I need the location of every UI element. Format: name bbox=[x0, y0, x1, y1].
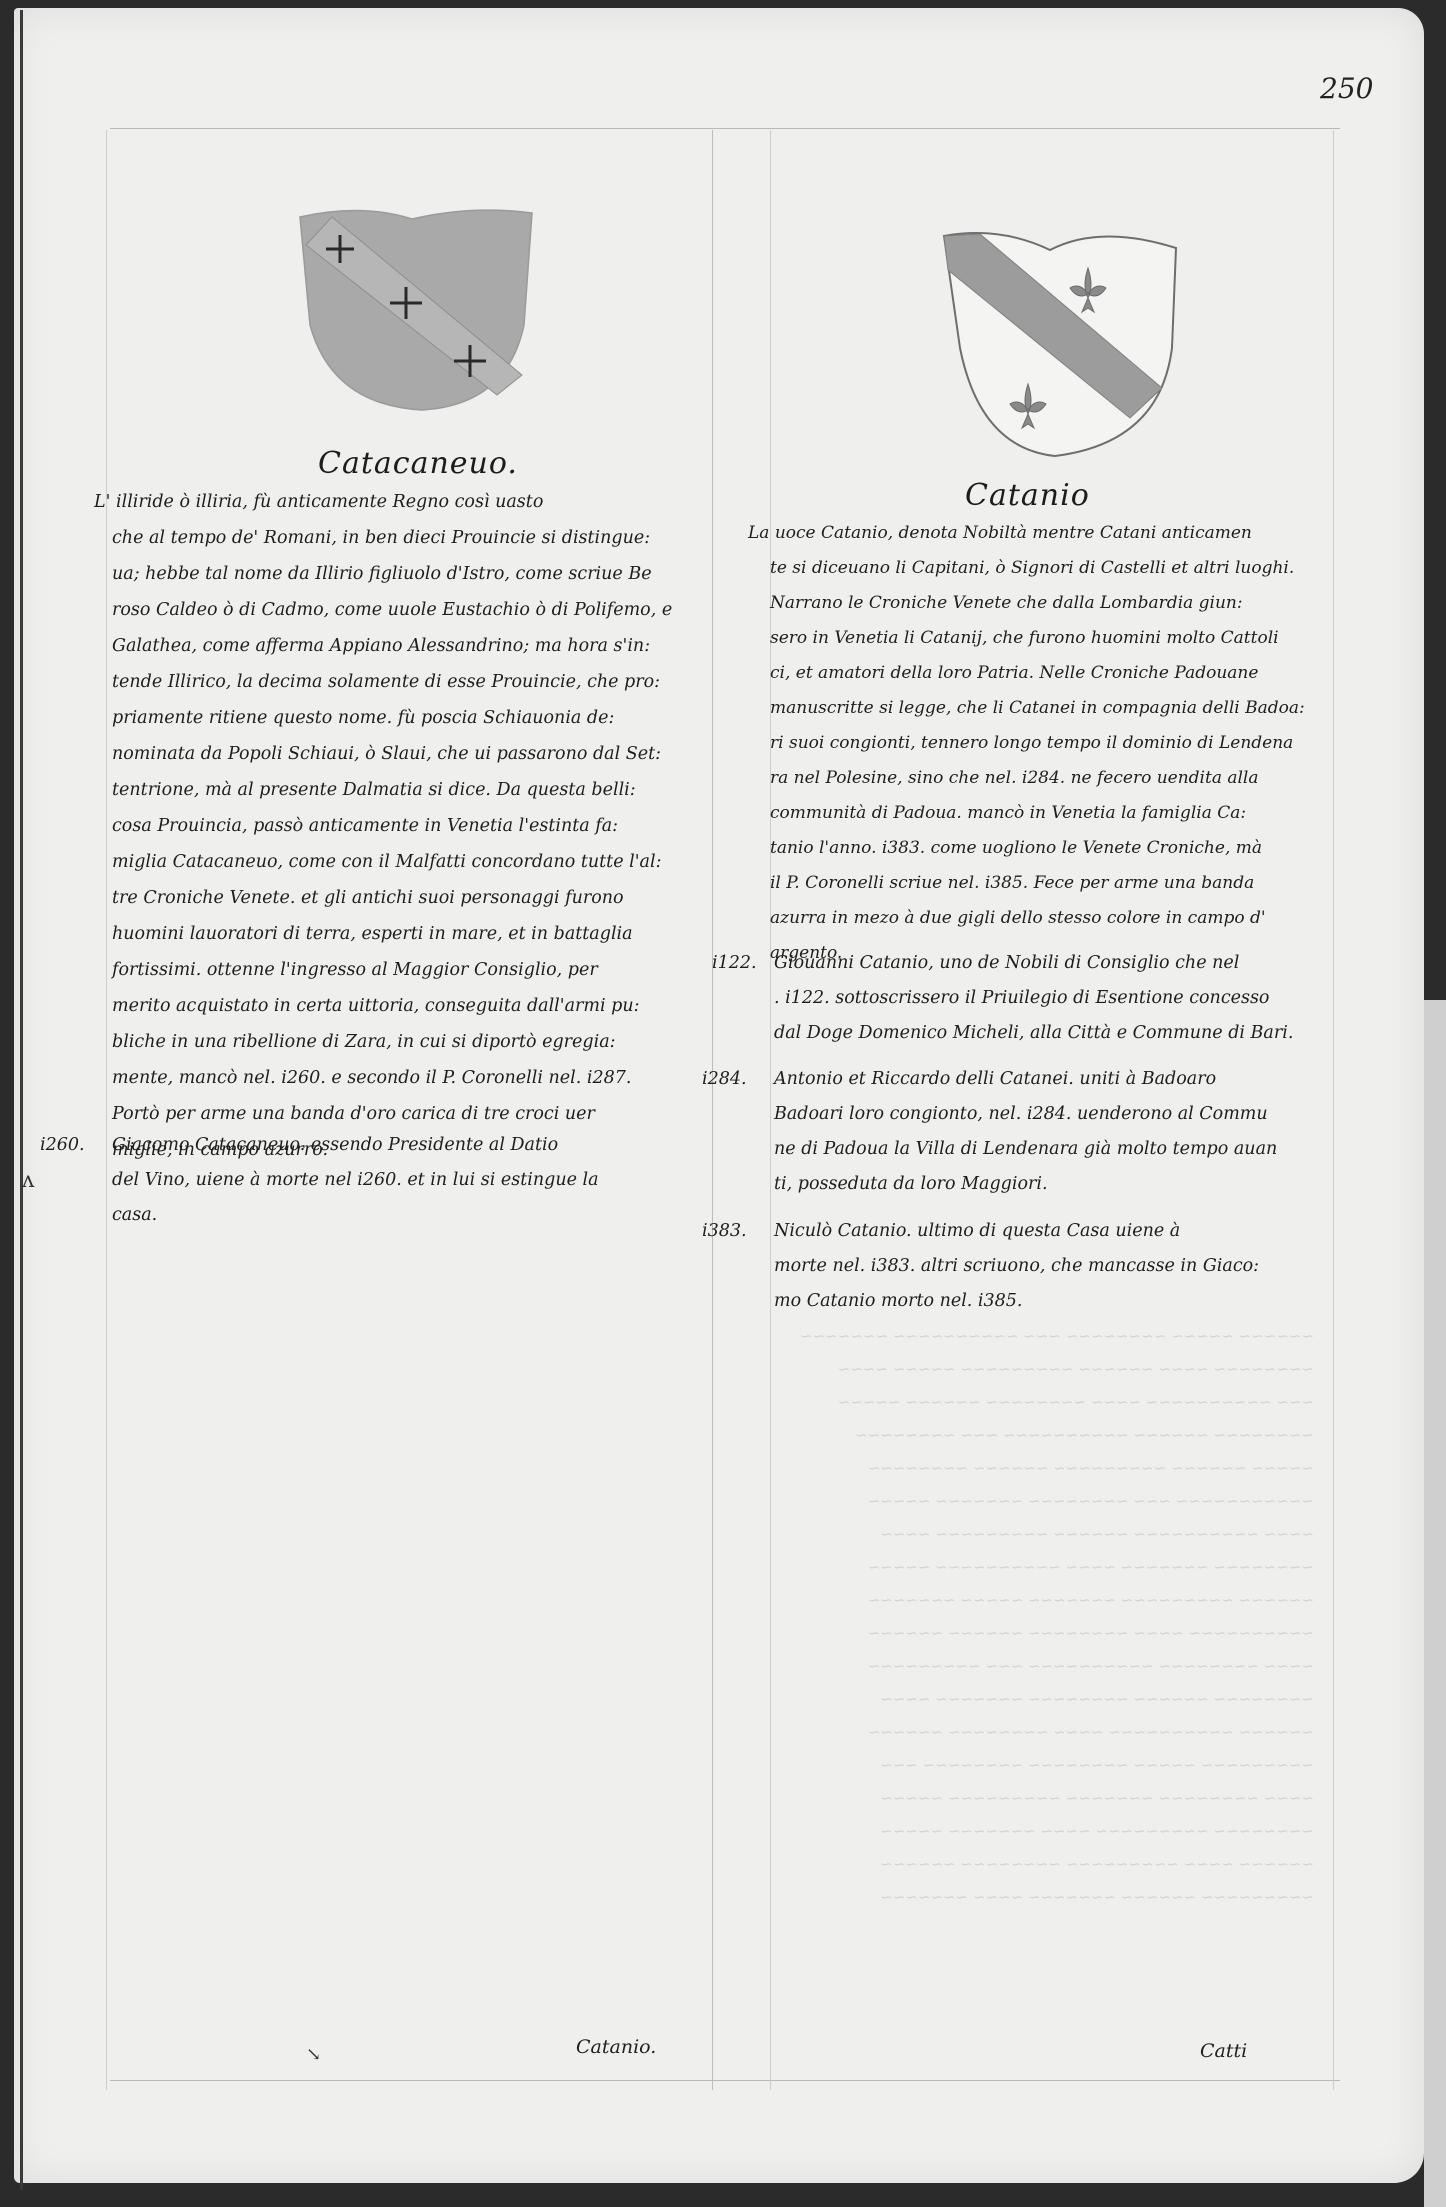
bleed-through-text: ~~~~~~ ~~~~~ ~~~~~~~~ ~~~ ~~~~~~~~~~ ~~~… bbox=[800, 1320, 1314, 1914]
text-line: communità di Padoua. mancò in Venetia la… bbox=[748, 796, 1305, 831]
catchword-left: Catanio. bbox=[576, 2036, 656, 2058]
text-line: sero in Venetia li Catanij, che furono h… bbox=[748, 621, 1305, 656]
text-line: priamente ritiene questo nome. fù poscia… bbox=[94, 700, 672, 736]
entry-line: morte nel. i383. altri scriuono, che man… bbox=[774, 1249, 1259, 1284]
coat-of-arms-catacaneuo bbox=[292, 205, 537, 415]
entry-line: Niculò Catanio. ultimo di questa Casa ui… bbox=[774, 1214, 1259, 1249]
text-line: L' illiride ò illiria, fù anticamente Re… bbox=[94, 484, 672, 520]
binding-edge bbox=[20, 10, 23, 2190]
entry-line: Giouanni Catanio, uno de Nobili di Consi… bbox=[774, 946, 1293, 981]
entry-line: Giacomo Catacaneuo. essendo Presidente a… bbox=[112, 1128, 599, 1163]
folio-number: 250 bbox=[1320, 72, 1373, 105]
entry-giovanni-catanio: i122. Giouanni Catanio, uno de Nobili di… bbox=[712, 946, 1352, 1056]
entry-year: i122. bbox=[712, 946, 757, 981]
scan-right-edge bbox=[1424, 1000, 1446, 2207]
text-line: tende Illirico, la decima solamente di e… bbox=[94, 664, 672, 700]
entry-line: Antonio et Riccardo delli Catanei. uniti… bbox=[774, 1062, 1277, 1097]
text-line: mente, mancò nel. i260. e secondo il P. … bbox=[94, 1060, 672, 1096]
bottom-ruled-line bbox=[110, 2080, 1340, 2081]
entry-year: i260. bbox=[40, 1128, 85, 1163]
entry-line: casa. bbox=[112, 1198, 599, 1233]
text-line: Galathea, come afferma Appiano Alessandr… bbox=[94, 628, 672, 664]
text-line: bliche in una ribellione di Zara, in cui… bbox=[94, 1024, 672, 1060]
text-line: fortissimi. ottenne l'ingresso al Maggio… bbox=[94, 952, 672, 988]
text-line: Portò per arme una banda d'oro carica di… bbox=[94, 1096, 672, 1132]
entry-year: i284. bbox=[702, 1062, 747, 1097]
text-line: ua; hebbe tal nome da Illirio figliuolo … bbox=[94, 556, 672, 592]
description-catacaneuo: L' illiride ò illiria, fù anticamente Re… bbox=[94, 484, 672, 1168]
text-line: tentrione, mà al presente Dalmatia si di… bbox=[94, 772, 672, 808]
entry-line: ti, posseduta da loro Maggiori. bbox=[774, 1167, 1277, 1202]
text-line: tre Croniche Venete. et gli antichi suoi… bbox=[94, 880, 672, 916]
text-line: ci, et amatori della loro Patria. Nelle … bbox=[748, 656, 1305, 691]
entry-giacomo-catacaneuo: i260. Giacomo Catacaneuo. essendo Presid… bbox=[40, 1128, 700, 1238]
entry-antonio-riccardo: i284. Antonio et Riccardo delli Catanei.… bbox=[702, 1062, 1352, 1212]
text-line: miglia Catacaneuo, come con il Malfatti … bbox=[94, 844, 672, 880]
text-line: Narrano le Croniche Venete che dalla Lom… bbox=[748, 586, 1305, 621]
catchword-right: Catti bbox=[1200, 2040, 1247, 2062]
text-line: La uoce Catanio, denota Nobiltà mentre C… bbox=[748, 516, 1305, 551]
text-line: tanio l'anno. i383. come uogliono le Ven… bbox=[748, 831, 1305, 866]
text-line: nominata da Popoli Schiaui, ò Slaui, che… bbox=[94, 736, 672, 772]
entry-line: dal Doge Domenico Micheli, alla Città e … bbox=[774, 1016, 1293, 1051]
text-line: manuscritte si legge, che li Catanei in … bbox=[748, 691, 1305, 726]
margin-mark: ʌ bbox=[22, 1168, 34, 1193]
entry-line: del Vino, uiene à morte nel i260. et in … bbox=[112, 1163, 599, 1198]
text-line: azurra in mezo à due gigli dello stesso … bbox=[748, 901, 1305, 936]
text-line: merito acquistato in certa uittoria, con… bbox=[94, 988, 672, 1024]
entry-line: . i122. sottoscrissero il Priuilegio di … bbox=[774, 981, 1293, 1016]
entry-line: mo Catanio morto nel. i385. bbox=[774, 1284, 1259, 1319]
text-line: che al tempo de' Romani, in ben dieci Pr… bbox=[94, 520, 672, 556]
text-line: il P. Coronelli scriue nel. i385. Fece p… bbox=[748, 866, 1305, 901]
coat-of-arms-catanio bbox=[940, 228, 1180, 468]
text-line: roso Caldeo ò di Cadmo, come uuole Eusta… bbox=[94, 592, 672, 628]
family-name-catanio: Catanio bbox=[965, 478, 1090, 513]
description-catanio: La uoce Catanio, denota Nobiltà mentre C… bbox=[748, 516, 1305, 971]
entry-niculo-catanio: i383. Niculò Catanio. ultimo di questa C… bbox=[702, 1214, 1352, 1324]
text-line: cosa Prouincia, passò anticamente in Ven… bbox=[94, 808, 672, 844]
top-ruled-line bbox=[110, 128, 1340, 129]
text-line: ri suoi congionti, tennero longo tempo i… bbox=[748, 726, 1305, 761]
text-line: te si diceuano li Capitani, ò Signori di… bbox=[748, 551, 1305, 586]
margin-mark: ↘ bbox=[306, 2044, 321, 2065]
text-line: ra nel Polesine, sino che nel. i284. ne … bbox=[748, 761, 1305, 796]
entry-line: ne di Padoua la Villa di Lendenara già m… bbox=[774, 1132, 1277, 1167]
entry-line: Badoari loro congionto, nel. i284. uende… bbox=[774, 1097, 1277, 1132]
family-name-catacaneuo: Catacaneuo. bbox=[318, 446, 518, 481]
text-line: huomini lauoratori di terra, esperti in … bbox=[94, 916, 672, 952]
entry-year: i383. bbox=[702, 1214, 747, 1249]
